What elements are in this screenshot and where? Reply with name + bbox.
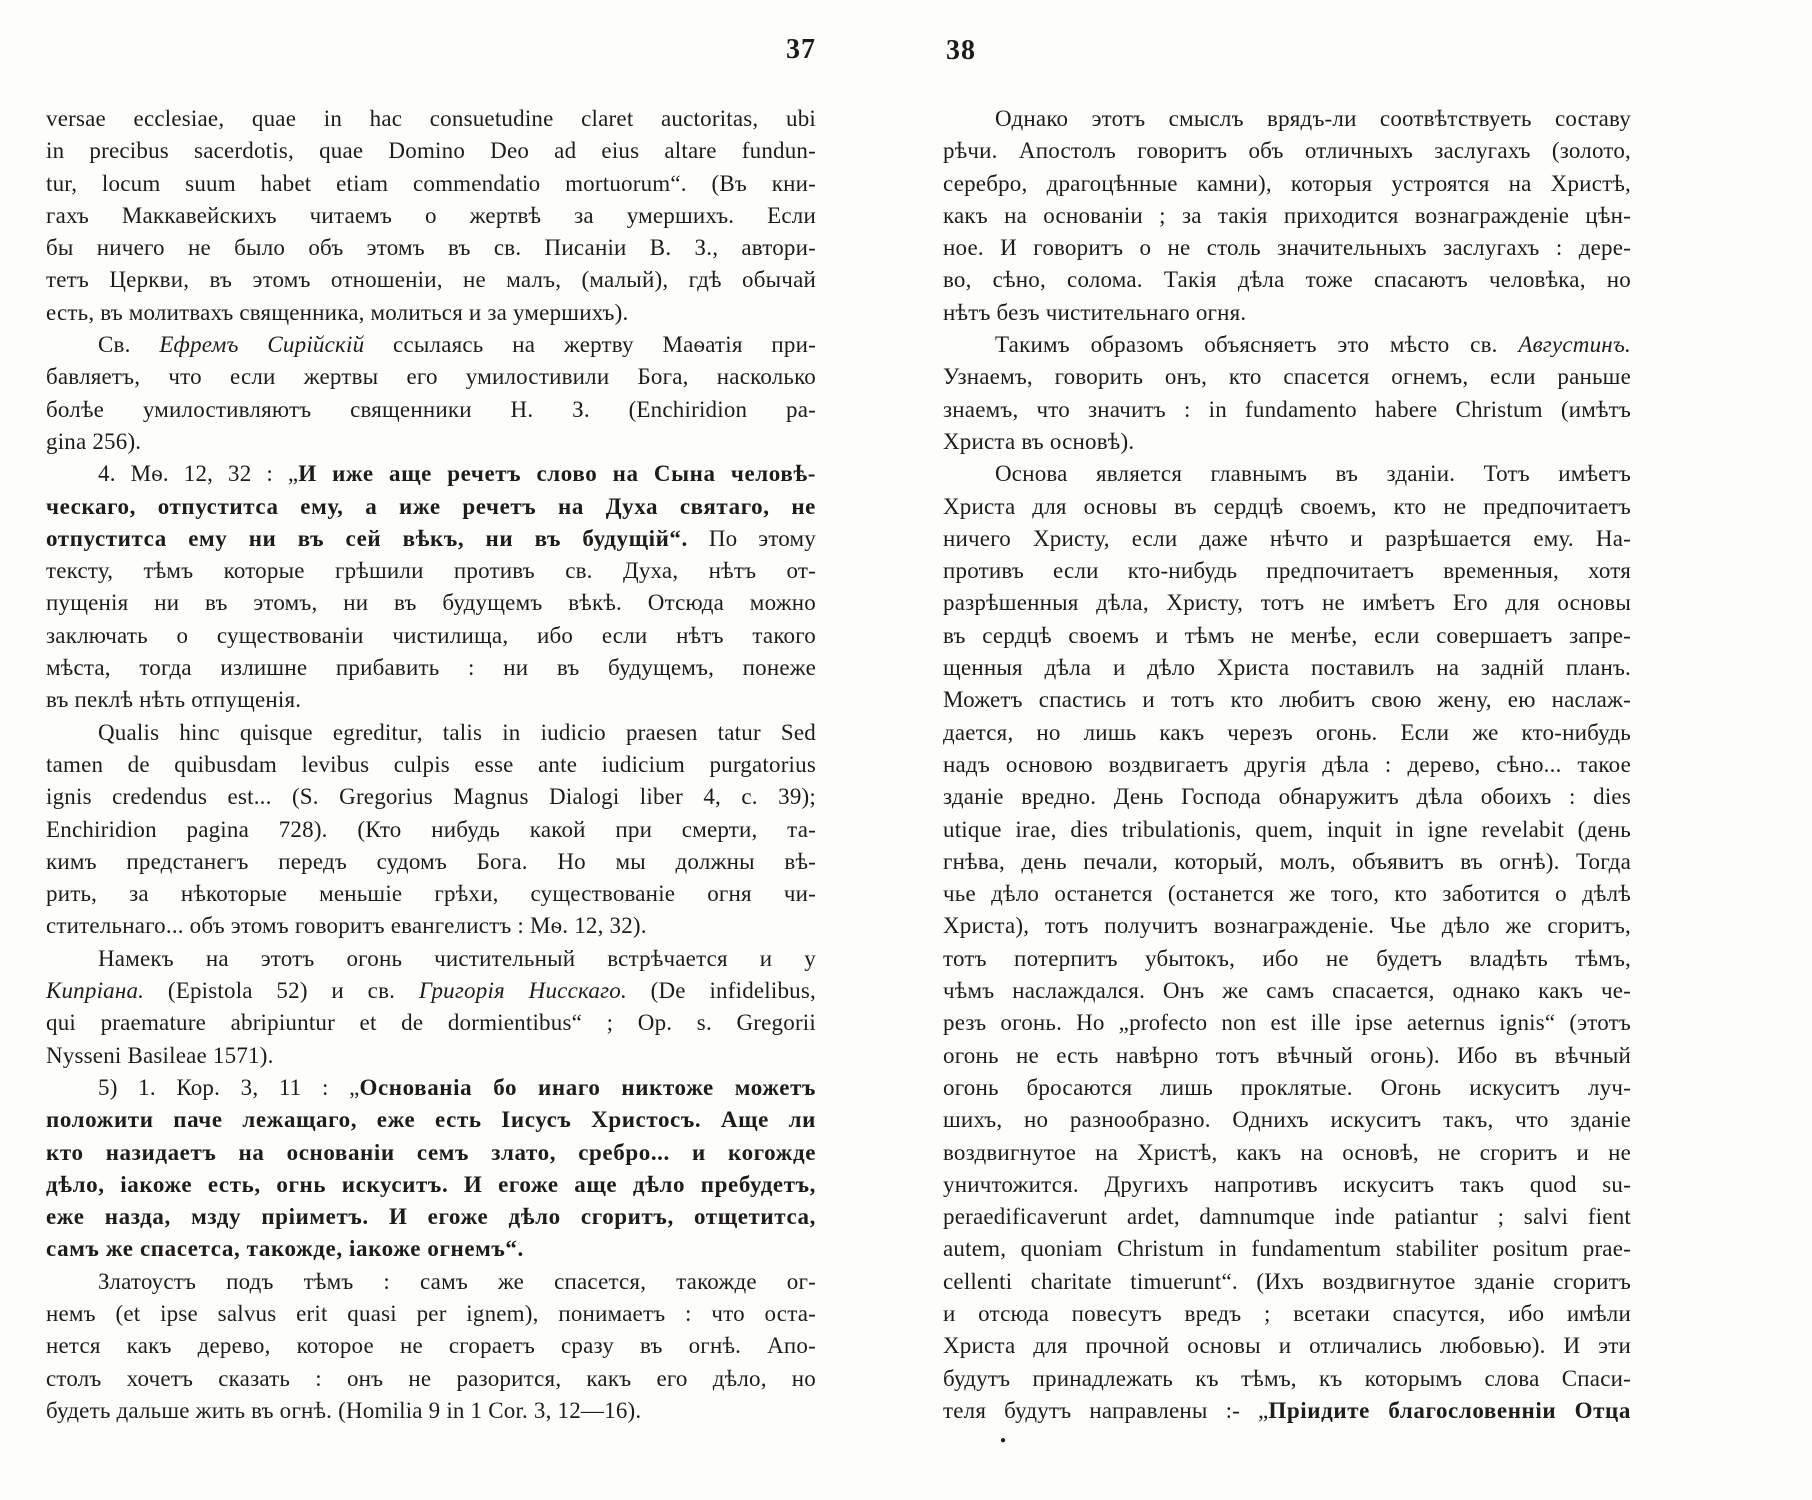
text-line: tur, locum suum habet etiam commendatio …	[46, 168, 816, 200]
text-line: ное. И говоритъ о не столь значительныхъ…	[943, 232, 1631, 264]
text-line: utique irae, dies tribulationis, quem, i…	[943, 814, 1631, 846]
text-line: противъ если кто-нибудь предпочитаетъ вр…	[943, 555, 1631, 587]
text-line: во, сѣно, солома. Такія дѣла тоже спасаю…	[943, 264, 1631, 296]
text-line: будутъ принадлежать къ тѣмъ, къ которымъ…	[943, 1363, 1631, 1395]
page-number-right: 38	[946, 35, 976, 67]
text-line: тотъ потерпитъ убытокъ, ибо не будетъ вл…	[943, 943, 1631, 975]
text-line: Nysseni Basileae 1571).	[46, 1040, 816, 1072]
text-line: ческаго, отпуститса ему, а иже речетъ на…	[46, 491, 816, 523]
text-line: кимъ предстанегъ передъ судомъ Бога. Но …	[46, 846, 816, 878]
text-line: Христа въ основѣ).	[943, 426, 1631, 458]
text-line: in precibus sacerdotis, quae Domino Deo …	[46, 135, 816, 167]
text-line: будеть дальше жить въ огнѣ. (Homilia 9 i…	[46, 1395, 816, 1427]
text-line: 4. Мѳ. 12, 32 : „И иже аще речетъ слово …	[46, 458, 816, 490]
text-line: теля будутъ направлены :- „Пріидите благ…	[943, 1395, 1631, 1427]
text-line: Намекъ на этотъ огонь чистительный встрѣ…	[46, 943, 816, 975]
text-line: въ сердцѣ своемъ и тѣмъ не менѣе, если с…	[943, 620, 1631, 652]
text-line: Qualis hinc quisque egreditur, talis in …	[46, 717, 816, 749]
text-line: gina 256).	[46, 426, 816, 458]
text-line: peraedificaverunt ardet, damnumque inde …	[943, 1201, 1631, 1233]
text-line: болѣе умилостивляютъ священники Н. З. (E…	[46, 394, 816, 426]
text-line: рить, за нѣкоторые меньшіе грѣхи, сущест…	[46, 878, 816, 910]
text-line: разрѣшенныя дѣла, Христу, тотъ не имѣетъ…	[943, 587, 1631, 619]
book-spread-scan: 37 38 versae ecclesiae, quae in hac cons…	[0, 0, 1812, 1500]
text-line: ignis credendus est... (S. Gregorius Mag…	[46, 781, 816, 813]
text-line: столъ хочетъ сказать : онъ не разорится,…	[46, 1363, 816, 1395]
text-line: 5) 1. Кор. 3, 11 : „Основаніа бо инаго н…	[46, 1072, 816, 1104]
left-page-text-column: versae ecclesiae, quae in hac consuetudi…	[46, 103, 816, 1427]
text-line: огонь бросаются лишь проклятые. Огонь ис…	[943, 1072, 1631, 1104]
text-line: versae ecclesiae, quae in hac consuetudi…	[46, 103, 816, 135]
text-line: мѣста, тогда излишне прибавить : ни въ б…	[46, 652, 816, 684]
text-line: стительнаго... объ этомъ говоритъ еванге…	[46, 910, 816, 942]
text-line: нется какъ дерево, которое не сгораетъ с…	[46, 1330, 816, 1362]
ink-dot: ●	[1000, 1436, 1006, 1446]
text-line: кто назидаетъ на основаніи семъ злато, с…	[46, 1137, 816, 1169]
text-line: гнѣва, день печали, который, молъ, объяв…	[943, 846, 1631, 878]
text-line: шихъ, но разнообразно. Однихъ искуситъ т…	[943, 1104, 1631, 1136]
text-line: autem, quoniam Christum in fundamentum s…	[943, 1233, 1631, 1265]
text-line: cellenti charitate timuerunt“. (Ихъ возд…	[943, 1266, 1631, 1298]
text-line: Христа для основы въ сердцѣ своемъ, кто …	[943, 491, 1631, 523]
text-line: тексту, тѣмъ которые грѣшили противъ св.…	[46, 555, 816, 587]
text-line: какъ на основаніи ; за такія приходится …	[943, 200, 1631, 232]
text-line: qui praemature abripiuntur et de dormien…	[46, 1007, 816, 1039]
text-line: тетъ Церкви, въ этомъ отношеніи, не малъ…	[46, 264, 816, 296]
text-line: Основа является главнымъ въ зданіи. Тотъ…	[943, 458, 1631, 490]
text-line: самъ же спасетса, такожде, іакоже огнемъ…	[46, 1233, 816, 1265]
text-line: есть, въ молитвахъ священника, молиться …	[46, 297, 816, 329]
text-line: надъ основою воздвигаетъ другія дѣла : д…	[943, 749, 1631, 781]
text-line: немъ (et ipse salvus erit quasi per igne…	[46, 1298, 816, 1330]
text-line: воздвигнутое на Христѣ, какъ на основѣ, …	[943, 1137, 1631, 1169]
text-line: Можетъ спастись и тотъ кто любитъ свою ж…	[943, 684, 1631, 716]
text-line: чье дѣло останется (останется же того, к…	[943, 878, 1631, 910]
text-line: Узнаемъ, говорить онъ, кто спасется огне…	[943, 361, 1631, 393]
text-line: Однако этотъ смыслъ врядъ-ли соотвѣтству…	[943, 103, 1631, 135]
text-line: въ пеклѣ нѣть отпущенія.	[46, 684, 816, 716]
text-line: знаемъ, что значитъ : in fundamento habe…	[943, 394, 1631, 426]
text-line: Enchiridion pagina 728). (Кто нибудь как…	[46, 814, 816, 846]
text-line: уничтожится. Другихъ напротивъ искуситъ …	[943, 1169, 1631, 1201]
text-line: Св. Ефремъ Сирійскій ссылаясь на жертву …	[46, 329, 816, 361]
text-line: нѣтъ безъ чистительнаго огня.	[943, 297, 1631, 329]
text-line: зданіе вредно. День Господа обнаружитъ д…	[943, 781, 1631, 813]
text-line: заключать о существованіи чистилища, ибо…	[46, 620, 816, 652]
text-line: бавляетъ, что если жертвы его умилостиви…	[46, 361, 816, 393]
text-line: резъ огонь. Но „profecto non est ille ip…	[943, 1007, 1631, 1039]
text-line: Такимъ образомъ объясняетъ это мѣсто св.…	[943, 329, 1631, 361]
text-line: Златоустъ подъ тѣмъ : самъ же спасется, …	[46, 1266, 816, 1298]
text-line: дѣло, іакоже есть, огнь искуситъ. И егож…	[46, 1169, 816, 1201]
text-line: положити паче лежащаго, еже есть Іисусъ …	[46, 1104, 816, 1136]
text-line: бы ничего не было объ этомъ въ св. Писан…	[46, 232, 816, 264]
text-line: Кипріана. (Epistola 52) и св. Григорія Н…	[46, 975, 816, 1007]
text-line: еже назда, мзду пріиметъ. И егоже дѣло с…	[46, 1201, 816, 1233]
text-line: и отсюда повесутъ вредъ ; всетаки спасут…	[943, 1298, 1631, 1330]
text-line: отпуститса ему ни въ сей вѣкъ, ни въ буд…	[46, 523, 816, 555]
text-line: пущенія ни въ этомъ, ни въ будущемъ вѣкѣ…	[46, 587, 816, 619]
text-line: чѣмъ наслаждался. Онъ же самъ спасается,…	[943, 975, 1631, 1007]
text-line: дается, но лишь какъ черезъ огонь. Если …	[943, 717, 1631, 749]
text-line: рѣчи. Апостолъ говоритъ объ отличныхъ за…	[943, 135, 1631, 167]
text-line: tamen de quibusdam levibus culpis esse a…	[46, 749, 816, 781]
text-line: Христа для прочной основы и отличались л…	[943, 1330, 1631, 1362]
text-line: гахъ Маккавейскихъ читаемъ о жертвѣ за у…	[46, 200, 816, 232]
text-line: ничего Христу, если даже нѣчто и разрѣша…	[943, 523, 1631, 555]
text-line: щенныя дѣла и дѣло Христа поставилъ на з…	[943, 652, 1631, 684]
right-page-text-column: Однако этотъ смыслъ врядъ-ли соотвѣтству…	[943, 103, 1631, 1427]
text-line: Христа), тотъ получитъ вознагражденіе. Ч…	[943, 910, 1631, 942]
text-line: серебро, драгоцѣнные камни), которыя уст…	[943, 168, 1631, 200]
page-number-left: 37	[786, 34, 816, 66]
text-line: огонь не есть навѣрно тотъ вѣчный огонь)…	[943, 1040, 1631, 1072]
